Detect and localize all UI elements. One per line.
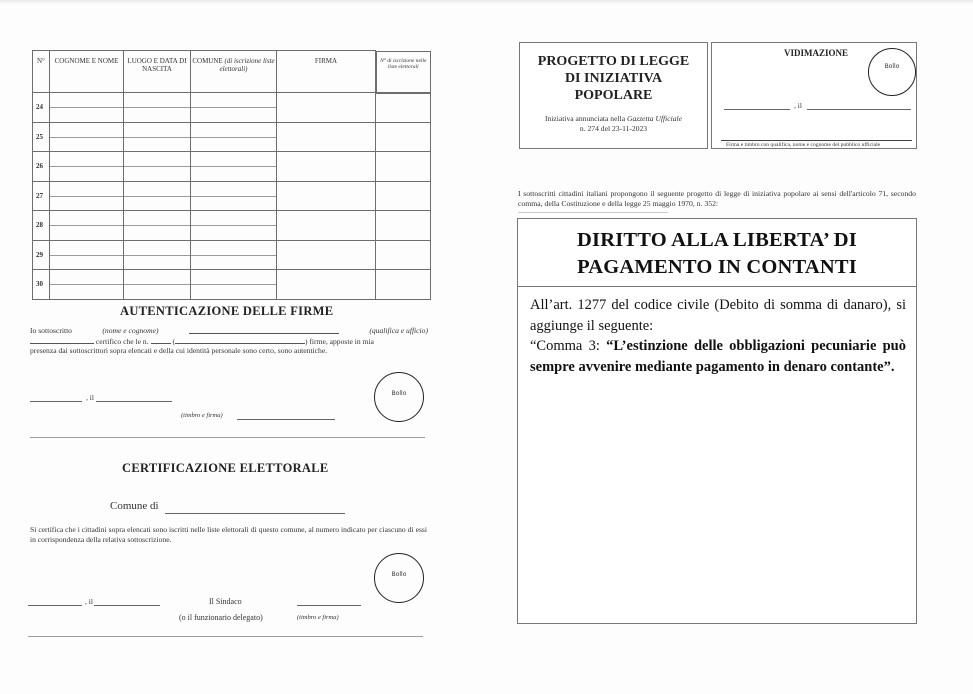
intro-underline [518,212,668,213]
table-row: 28 [33,211,431,241]
auth-line1-a: Io sottoscritto [30,326,72,336]
municipality-cell[interactable] [191,93,277,123]
proposal-comma-prefix: “Comma 3: [530,338,606,354]
row-number: 27 [33,181,50,211]
cert-signature-field[interactable] [297,605,361,606]
registration-number-cell[interactable] [376,270,431,300]
auth-name-field[interactable] [189,326,339,334]
proposal-body: All’art. 1277 del codice civile (Debito … [518,287,916,377]
bottom-divider [28,636,423,637]
cert-stamp-circle: Bollo [374,553,424,603]
municipality-cell[interactable] [191,211,277,241]
law-proposal-title-line: POPOLARE [520,87,707,104]
vidimazione-signature-line[interactable] [721,140,912,141]
mayor-label: Il Sindaco [209,597,242,606]
electoral-certification-text: Si certifica che i cittadini sopra elenc… [30,525,427,544]
cert-date-field[interactable] [94,605,160,606]
registration-number-cell[interactable] [376,122,431,152]
surname-name-cell[interactable] [50,240,124,270]
vidimazione-place-field[interactable] [724,109,790,110]
row-number: 24 [33,93,50,123]
signature-cell[interactable] [277,240,376,270]
header-birth-place-date: LUOGO E DATA DI NASCITA [124,51,191,93]
auth-line3: presenza dai sottoscrittori sopra elenca… [30,346,428,356]
surname-name-cell[interactable] [50,211,124,241]
comune-field[interactable] [165,513,345,514]
auth-count-words-field[interactable] [175,336,305,344]
header-municipality: COMUNE (di iscrizione liste elettorali) [191,51,277,93]
auth-signature-field[interactable] [237,419,335,420]
auth-count-field[interactable] [151,336,171,344]
gazette-announcement: Iniziativa annunciata nella Gazzetta Uff… [520,114,707,134]
cert-place-field[interactable] [28,605,82,606]
law-proposal-title-line: DI INIZIATIVA [520,70,707,87]
surname-name-cell[interactable] [50,270,124,300]
registration-number-cell[interactable] [376,211,431,241]
header-number: N° [33,51,50,93]
signature-cell[interactable] [277,93,376,123]
birth-place-date-cell[interactable] [124,122,191,152]
cert-stamp-sign-label: (timbro e firma) [297,614,339,621]
birth-place-date-cell[interactable] [124,240,191,270]
birth-place-date-cell[interactable] [124,152,191,182]
vidimazione-box: VIDIMAZIONE Bollo , il Firma e timbro co… [711,42,917,149]
vidimazione-caption: Firma e timbro con qualifica, nome e cog… [726,142,880,148]
birth-place-date-cell[interactable] [124,211,191,241]
law-proposal-header-box: PROGETTO DI LEGGE DI INIZIATIVA POPOLARE… [519,42,708,149]
auth-stamp-label: Bollo [375,390,423,397]
auth-role-field[interactable] [30,336,94,344]
law-proposal-title-line: PROGETTO DI LEGGE [520,53,707,70]
signature-cell[interactable] [277,270,376,300]
birth-place-date-cell[interactable] [124,270,191,300]
registration-number-cell[interactable] [376,181,431,211]
electoral-certification-title: CERTIFICAZIONE ELETTORALE [122,461,329,476]
table-row: 29 [33,240,431,270]
registration-number-cell[interactable] [376,152,431,182]
announcement-number: n. 274 del 23-11-2023 [520,124,707,134]
announcement-prefix: Iniziativa annunciata nella [545,114,625,123]
header-municipality-label: COMUNE [192,57,222,65]
signature-cell[interactable] [277,152,376,182]
signature-cell[interactable] [277,122,376,152]
announcement-gazette: Gazzetta Ufficiale [627,114,682,123]
proposal-box: DIRITTO ALLA LIBERTA’ DI PAGAMENTO IN CO… [517,218,917,624]
header-signature: FIRMA [277,51,376,93]
surname-name-cell[interactable] [50,122,124,152]
cert-date-separator: , il [85,597,93,606]
header-municipality-note: (di iscrizione liste elettorali) [220,57,275,73]
auth-stamp-sign-label: (timbro e firma) [181,412,223,419]
row-number: 28 [33,211,50,241]
authentication-title: AUTENTICAZIONE DELLE FIRME [120,304,333,319]
law-proposal-title: PROGETTO DI LEGGE DI INIZIATIVA POPOLARE [520,53,707,104]
auth-place-field[interactable] [30,401,82,402]
registration-number-cell[interactable] [376,240,431,270]
auth-line2-c: ) firme, apposte in mia [305,337,374,346]
surname-name-cell[interactable] [50,152,124,182]
section-divider [30,437,425,438]
surname-name-cell[interactable] [50,93,124,123]
proposal-title-line: PAGAMENTO IN CONTANTI [518,254,916,281]
proposal-title-area: DIRITTO ALLA LIBERTA’ DI PAGAMENTO IN CO… [518,219,916,287]
header-surname-name: COGNOME E NOME [50,51,124,93]
vidimazione-date-field[interactable] [807,109,911,110]
cert-stamp-label: Bollo [375,571,423,578]
signature-table-header: N° COGNOME E NOME LUOGO E DATA DI NASCIT… [33,51,431,93]
row-number: 26 [33,152,50,182]
municipality-cell[interactable] [191,240,277,270]
surname-name-cell[interactable] [50,181,124,211]
table-row: 26 [33,152,431,182]
municipality-cell[interactable] [191,122,277,152]
signature-cell[interactable] [277,181,376,211]
intro-text: I sottoscritti cittadini italiani propon… [518,189,916,208]
signature-table-body: 24252627282930 [33,93,431,300]
municipality-cell[interactable] [191,181,277,211]
row-number: 29 [33,240,50,270]
birth-place-date-cell[interactable] [124,181,191,211]
proposal-title-line: DIRITTO ALLA LIBERTA’ DI [518,227,916,254]
vidimazione-stamp-label: Bollo [869,63,915,70]
authentication-text: Io sottoscritto (nome e cognome) (qualif… [30,326,428,356]
vidimazione-stamp-circle: Bollo [868,48,916,96]
auth-line2-a: certifico che le n. [96,337,149,346]
table-row: 24 [33,93,431,123]
table-row: 27 [33,181,431,211]
proposal-body-intro: All’art. 1277 del codice civile (Debito … [530,295,906,336]
municipality-cell[interactable] [191,152,277,182]
vidimazione-title: VIDIMAZIONE [784,48,848,58]
auth-stamp-circle: Bollo [374,372,424,422]
auth-line1-c: (qualifica e ufficio) [369,326,428,336]
table-row: 30 [33,270,431,300]
row-number: 30 [33,270,50,300]
delegate-label: (o il funzionario delegato) [179,613,263,622]
registration-number-cell[interactable] [376,93,431,123]
signature-table: N° COGNOME E NOME LUOGO E DATA DI NASCIT… [32,50,431,300]
row-number: 25 [33,122,50,152]
auth-date-separator: , il [86,393,94,402]
signature-cell[interactable] [277,211,376,241]
table-row: 25 [33,122,431,152]
header-registration-number: N° di iscrizione nelle liste elettorali [376,51,431,94]
comune-label: Comune di [110,500,159,512]
vidimazione-date-separator: , il [794,101,802,110]
auth-line1-b: (nome e cognome) [102,326,158,336]
viewer-top-shadow [0,0,973,4]
municipality-cell[interactable] [191,270,277,300]
birth-place-date-cell[interactable] [124,93,191,123]
auth-date-field[interactable] [96,401,172,402]
